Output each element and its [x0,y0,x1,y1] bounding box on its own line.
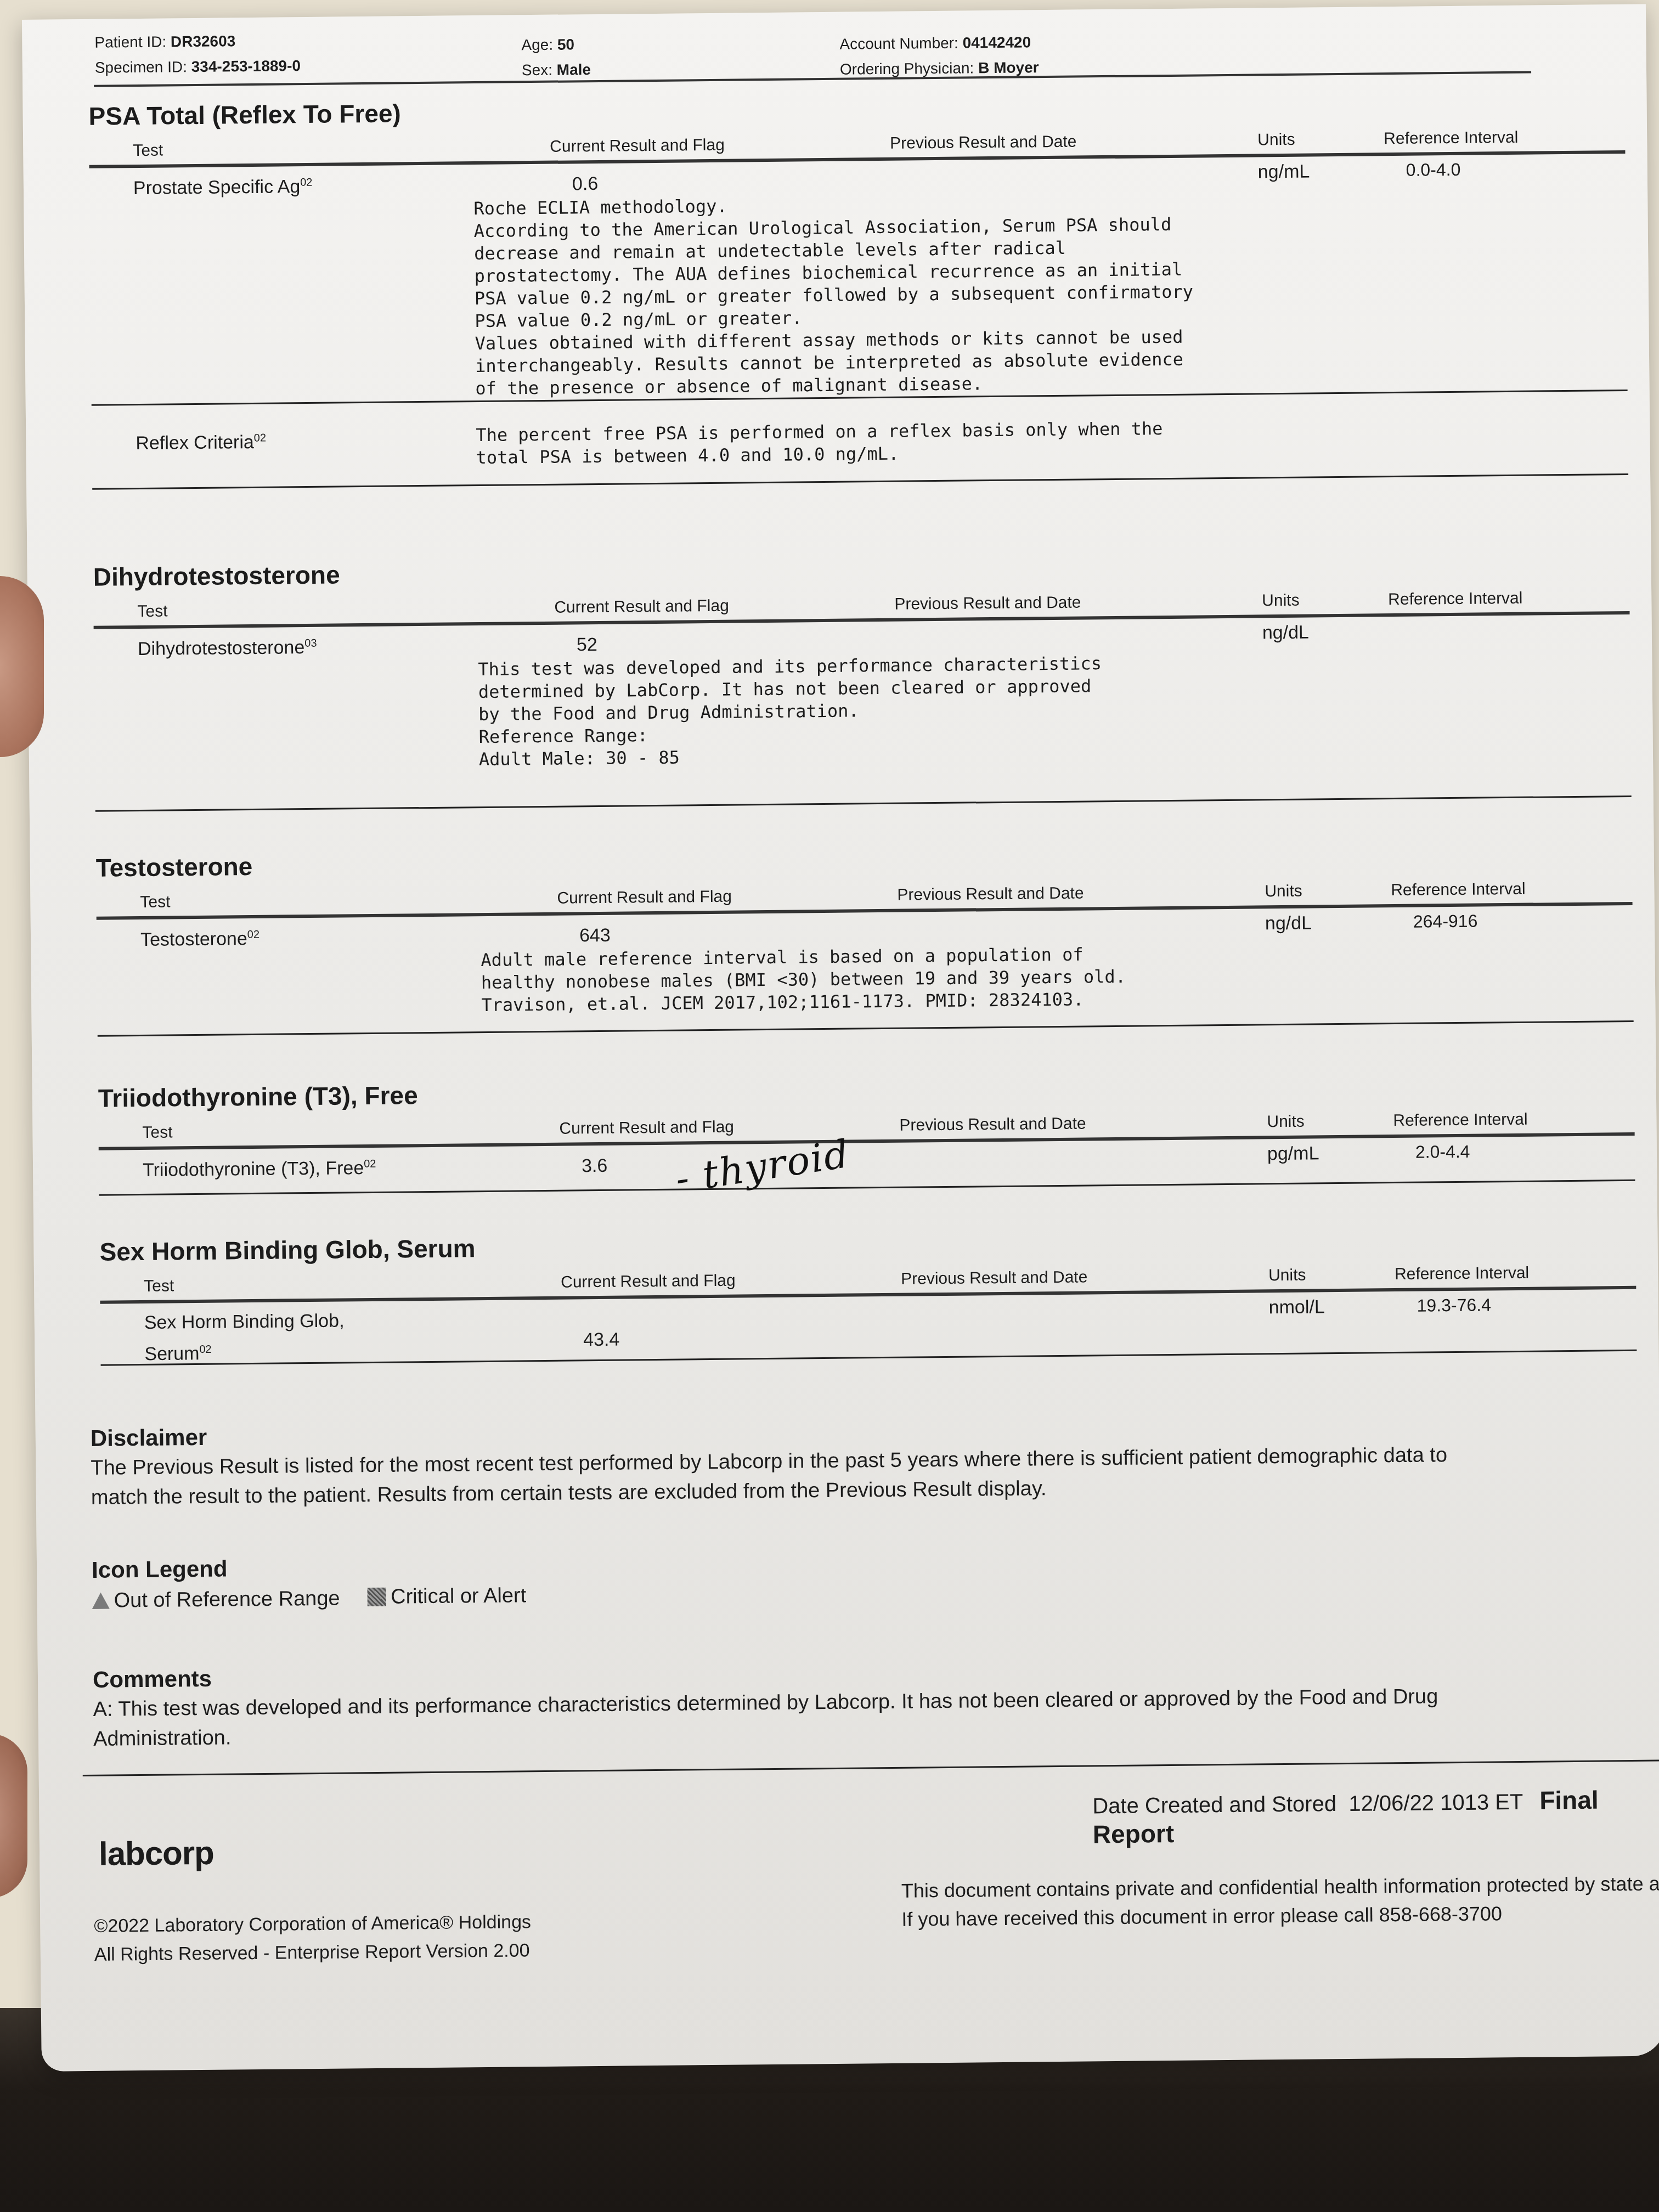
reference-value: 2.0-4.4 [1415,1142,1470,1163]
header-divider [94,71,1531,87]
result-comment: Roche ECLIA methodology. According to th… [473,191,1194,400]
footnote: 02 [300,177,312,189]
account-label: Account Number: [839,35,958,53]
table-row: Testosterone02 643 ng/dL 264-916 Adult m… [97,905,1634,1035]
reference-value: 0.0-4.0 [1406,160,1461,180]
date-created: Date Created and Stored 12/06/22 1013 ET… [1092,1784,1659,1849]
units-value: ng/dL [1262,622,1309,644]
date-value: 12/06/22 1013 ET [1348,1790,1523,1816]
account-number: 04142420 [962,33,1031,51]
units-value: ng/dL [1265,913,1312,935]
table-row: Dihydrotestosterone03 52 ng/dL This test… [94,614,1632,810]
units-value: nmol/L [1268,1296,1324,1318]
test-name: Reflex Criteria02 [136,432,266,454]
patient-info: Patient ID: DR32603 Specimen ID: 334-253… [94,28,301,81]
labcorp-logo: labcorp [99,1834,214,1873]
section-title: Dihydrotestosterone [93,548,1629,592]
result-comment: Adult male reference interval is based o… [481,943,1126,1017]
table-row: Reflex Criteria02 The percent free PSA i… [92,391,1628,488]
result-comment: The percent free PSA is performed on a r… [476,417,1163,469]
section-title: Sex Horm Binding Glob, Serum [99,1222,1635,1267]
finger [0,576,44,757]
physician-label: Ordering Physician: [840,59,974,77]
age-label: Age: [521,36,553,54]
copyright: ©2022 Laboratory Corporation of America®… [94,1908,532,1969]
test-name: Sex Horm Binding Glob, Serum02 [144,1307,345,1368]
sex-label: Sex: [522,61,552,79]
sex-value: Male [557,61,591,78]
account-info: Account Number: 04142420 Ordering Physic… [839,30,1039,82]
col-reference: Reference Interval [1384,128,1518,148]
result-value: 52 [577,634,597,656]
hatched-square-icon [368,1588,386,1606]
legend-out-of-range: Out of Reference Range [92,1584,340,1616]
age-value: 50 [557,36,574,53]
lab-report-page: Patient ID: DR32603 Specimen ID: 334-253… [22,4,1659,2072]
icon-legend: Icon Legend Out of Reference Range Criti… [92,1540,1659,1617]
result-comment: This test was developed and its performa… [478,652,1103,771]
section-testosterone: Testosterone Test Current Result and Fla… [96,838,1634,1037]
table-row: Prostate Specific Ag02 0.6 ng/mL 0.0-4.0… [89,154,1628,404]
col-test: Test [133,142,163,161]
finger [0,1734,27,1898]
reference-value: 19.3-76.4 [1417,1295,1491,1316]
test-name: Triiodothyronine (T3), Free02 [143,1158,376,1181]
result-value: 643 [579,925,611,947]
comments: Comments A: This test was developed and … [93,1650,1659,1754]
col-units: Units [1257,131,1295,150]
col-previous: Previous Result and Date [890,133,1076,153]
col-current: Current Result and Flag [550,136,725,156]
units-value: ng/mL [1258,161,1310,183]
triangle-icon [92,1593,110,1609]
section-t3-free: Triiodothyronine (T3), Free Test Current… [98,1069,1635,1196]
result-value: 3.6 [582,1155,608,1177]
section-title: PSA Total (Reflex To Free) [88,87,1624,131]
specimen-id: 334-253-1889-0 [191,57,301,75]
section-title: Testosterone [96,838,1632,883]
patient-id-label: Patient ID: [94,33,166,50]
physician-name: B Moyer [978,59,1039,76]
reference-value: 264-916 [1413,911,1478,932]
demographics: Age: 50 Sex: Male [521,32,591,83]
test-name: Dihydrotestosterone03 [138,637,317,660]
result-value: 0.6 [572,173,599,195]
footnote: 02 [254,432,266,444]
patient-id: DR32603 [171,32,236,50]
section-psa: PSA Total (Reflex To Free) Test Current … [88,87,1628,490]
disclaimer: Disclaimer The Previous Result is listed… [91,1408,1659,1513]
section-dht: Dihydrotestosterone Test Current Result … [93,548,1631,812]
confidentiality-notice: This document contains private and confi… [901,1869,1659,1933]
test-name: Testosterone02 [140,928,259,951]
result-value: 43.4 [583,1329,620,1351]
legend-critical: Critical or Alert [368,1581,527,1612]
specimen-id-label: Specimen ID: [95,58,187,76]
section-shbg: Sex Horm Binding Glob, Serum Test Curren… [99,1222,1637,1366]
footer-divider [83,1759,1659,1776]
units-value: pg/mL [1267,1143,1319,1165]
test-name: Prostate Specific Ag02 [133,176,313,199]
section-title: Triiodothyronine (T3), Free [98,1069,1634,1113]
